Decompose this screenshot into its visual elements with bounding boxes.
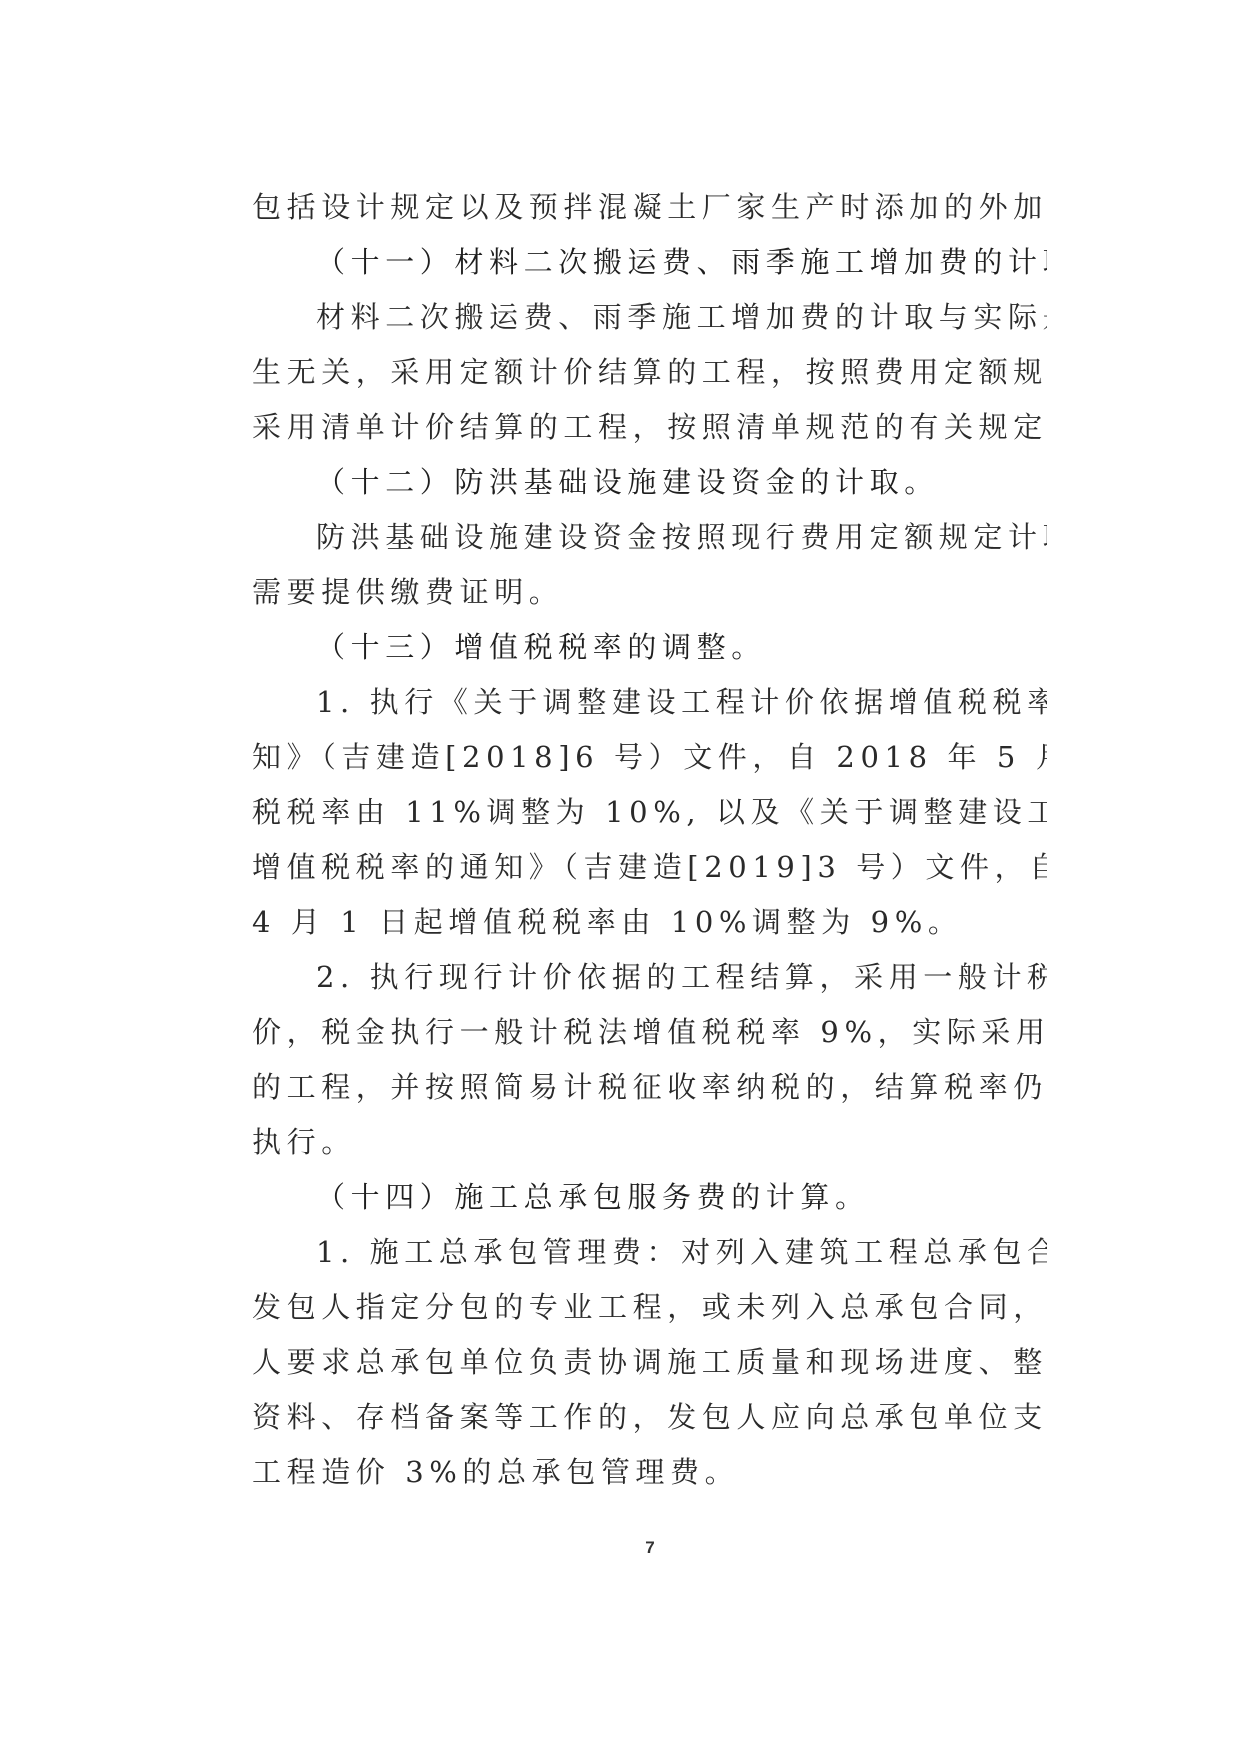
paragraph-line: 生无关，采用定额计价结算的工程，按照费用定额规定计取； (252, 345, 1047, 400)
paragraph-line: 包括设计规定以及预拌混凝土厂家生产时添加的外加剂。 (252, 180, 1047, 235)
page-number: 7 (640, 1538, 660, 1558)
paragraph-line: 增值税税率的通知》（吉建造[2019]3 号）文件，自 2019 年 (252, 840, 1047, 895)
paragraph-line: 2. 执行现行计价依据的工程结算，采用一般计税法计 (252, 950, 1047, 1005)
document-page: 包括设计规定以及预拌混凝土厂家生产时添加的外加剂。 （十一）材料二次搬运费、雨季… (0, 0, 1240, 1754)
section-heading-12: （十二）防洪基础设施建设资金的计取。 (252, 455, 1047, 510)
paragraph-line: 1. 施工总承包管理费：对列入建筑工程总承包合同，由 (252, 1225, 1047, 1280)
paragraph-line: 知》（吉建造[2018]6 号）文件，自 2018 年 5 月 1 日起增值 (252, 730, 1047, 785)
paragraph-line: 执行。 (252, 1115, 1047, 1170)
paragraph-line: 防洪基础设施建设资金按照现行费用定额规定计取，不 (252, 510, 1047, 565)
paragraph-line: 材料二次搬运费、雨季施工增加费的计取与实际是否发 (252, 290, 1047, 345)
section-heading-14: （十四）施工总承包服务费的计算。 (252, 1170, 1047, 1225)
paragraph-line: 税税率由 11%调整为 10%, 以及《关于调整建设工程计价依据 (252, 785, 1047, 840)
paragraph-line: 人要求总承包单位负责协调施工质量和现场进度、整理竣工 (252, 1335, 1047, 1390)
paragraph-line: 价，税金执行一般计税法增值税税率 9%，实际采用简易计税 (252, 1005, 1047, 1060)
paragraph-line: 采用清单计价结算的工程，按照清单规范的有关规定计取。 (252, 400, 1047, 455)
paragraph-line: 的工程，并按照简易计税征收率纳税的，结算税率仍按 9% (252, 1060, 1047, 1115)
paragraph-line: 1. 执行《关于调整建设工程计价依据增值税税率的通 (252, 675, 1047, 730)
paragraph-line: 需要提供缴费证明。 (252, 565, 1047, 620)
document-body: 包括设计规定以及预拌混凝土厂家生产时添加的外加剂。 （十一）材料二次搬运费、雨季… (252, 180, 1047, 1500)
section-heading-11: （十一）材料二次搬运费、雨季施工增加费的计取。 (252, 235, 1047, 290)
paragraph-line: 工程造价 3%的总承包管理费。 (252, 1445, 1047, 1500)
paragraph-line: 4 月 1 日起增值税税率由 10%调整为 9%。 (252, 895, 1047, 950)
paragraph-line: 发包人指定分包的专业工程，或未列入总承包合同，但发包 (252, 1280, 1047, 1335)
paragraph-line: 资料、存档备案等工作的，发包人应向总承包单位支付分包 (252, 1390, 1047, 1445)
section-heading-13: （十三）增值税税率的调整。 (252, 620, 1047, 675)
